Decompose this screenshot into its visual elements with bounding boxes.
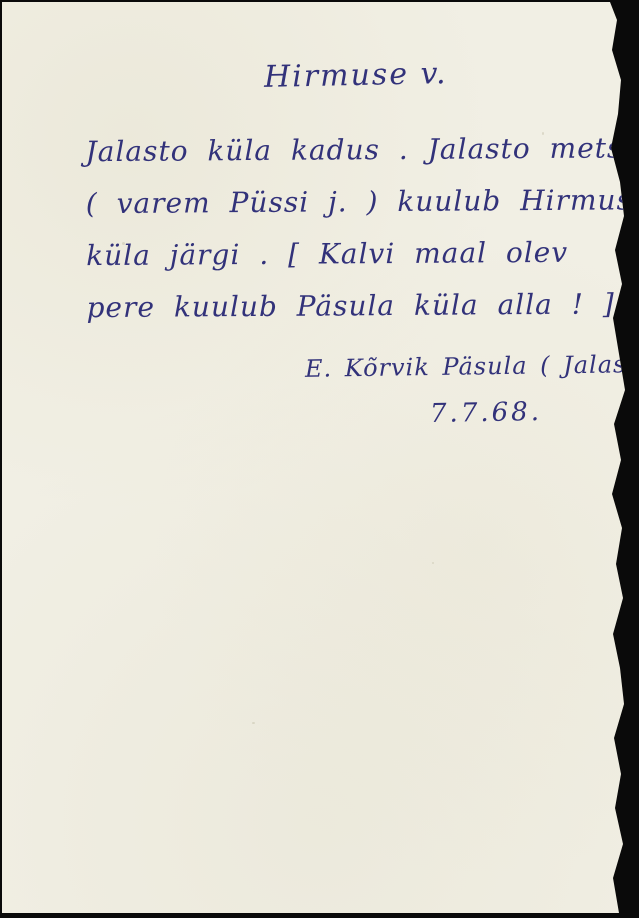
signature-line: E. Kõrvik Päsula ( Jalasto ) v. — [305, 349, 639, 383]
paper-speck — [252, 722, 255, 724]
paper-speck — [432, 562, 434, 564]
index-card: Hirmuse v. Jalasto küla kadus . Jalasto … — [2, 2, 639, 913]
scan-background: Hirmuse v. Jalasto küla kadus . Jalasto … — [0, 0, 639, 918]
note-line: Jalasto küla kadus . Jalasto metsavaht — [85, 122, 639, 178]
note-title: Hirmuse v. — [264, 56, 448, 95]
note-line: ( varem Püssi j. ) kuulub Hirmuse — [86, 174, 639, 230]
date-line: 7.7.68. — [430, 397, 542, 429]
note-body: Jalasto küla kadus . Jalasto metsavaht (… — [85, 122, 639, 334]
note-line: küla järgi . [ Kalvi maal olev — [86, 226, 639, 282]
note-line: pere kuulub Päsula küla alla ! ]. — [86, 278, 639, 334]
